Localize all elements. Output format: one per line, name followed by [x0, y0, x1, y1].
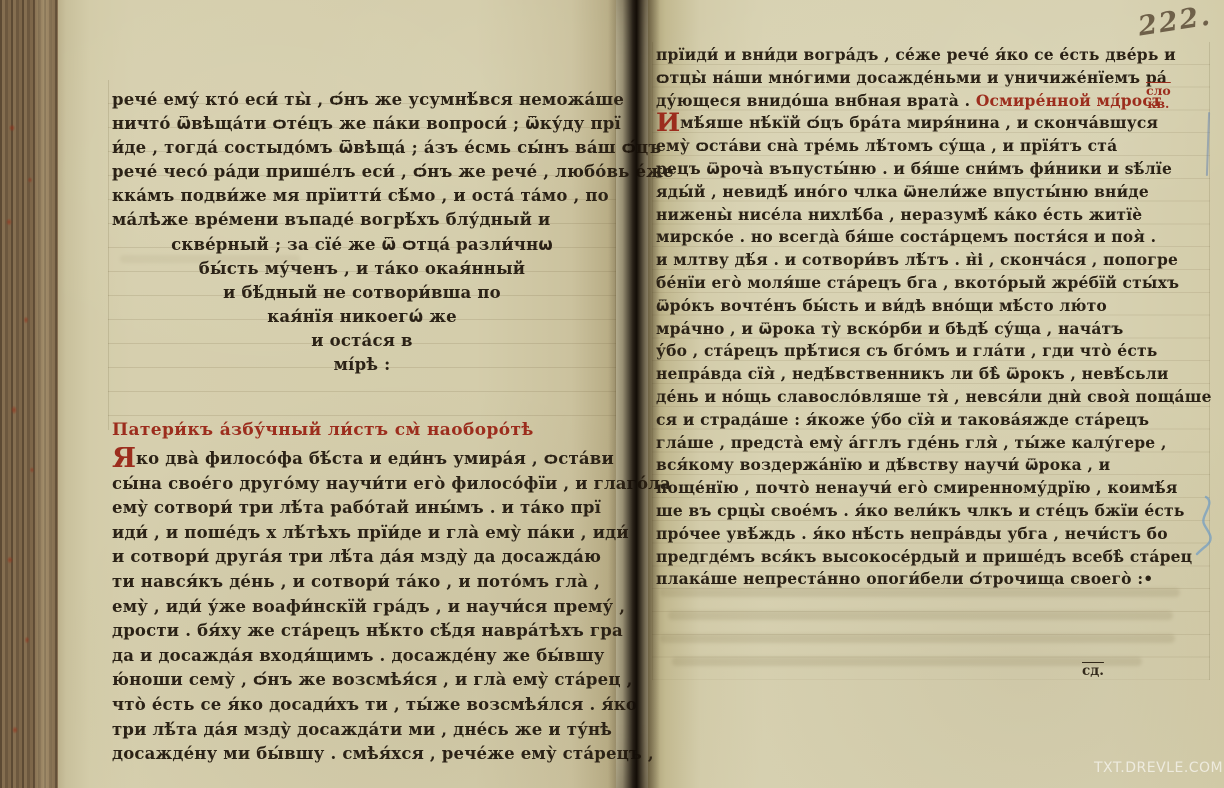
margin-note-bottom: кв. — [1146, 97, 1171, 110]
manuscript-line: прїиди́ и вни́ди вогра́дъ , се́же рече́ … — [656, 44, 1208, 67]
book-gutter-shadow — [608, 0, 660, 788]
manuscript-line: ѻтцы̀ на́ши мно́гими досажде́ньми и унич… — [656, 67, 1208, 90]
manuscript-line: и́де , тогда́ состыдо́мъ ѿвѣща́ ; а́зъ е… — [112, 136, 612, 160]
manuscript-line: и сотвори́ друга́я три лѣ́та да́я мзду̀ … — [112, 545, 618, 570]
manuscript-line: кка́мъ подви́же мя прїитти́ сѣ́мо , и ос… — [112, 184, 612, 208]
margin-note-word-number: сло кв. — [1146, 84, 1171, 110]
manuscript-line: ду́ющеся внидо́ша внбная врата̀ . Осмире… — [656, 90, 1208, 113]
chapter-heading-red: Патери́къ а́збу́чный ли́стъ см̀ наоборо́… — [112, 420, 612, 440]
book-page-edges — [0, 0, 58, 788]
blue-pen-squiggle — [1192, 494, 1218, 560]
manuscript-line: мирско́е . но всегда̀ бя́ше соста́рцемъ … — [656, 226, 1208, 249]
manuscript-line: рече́ чесо́ ра́ди прише́лъ еси́ , ѻ́нъ ж… — [112, 160, 612, 184]
manuscript-line: ему̀ , иди́ у́же воафи́нскїй гра́дъ , и … — [112, 595, 618, 620]
show-through-line — [668, 611, 1173, 620]
manuscript-line: ма́лѣже вре́мени въпаде́ вогрѣ́хъ блу́дн… — [112, 208, 612, 232]
manuscript-line: мі́рѣ : — [112, 353, 612, 377]
manuscript-line: мра́чно , и ѿрока ту̀ вско́рби и бѣдѣ́ с… — [656, 318, 1208, 341]
manuscript-line: досажде́ну ми бы́вшу . смѣя́хся , рече́ж… — [112, 742, 618, 767]
left-text-block-1: рече́ ему́ кто́ еси́ ты̀ , ѻ́нъ же усумн… — [112, 88, 612, 377]
quire-mark-text: сд. — [1082, 663, 1104, 679]
left-text-block-2: Яко два̀ филосо́фа бѣ́ста и еди́нъ умира… — [112, 447, 618, 767]
manuscript-line: сы́на свое́го друго́му научи́ти его̀ фил… — [112, 472, 618, 497]
manuscript-line: ѿро́къ вочте́нъ бы́сть и ви́дѣ вно́щи мѣ… — [656, 295, 1208, 318]
manuscript-line: ничто́ ѿвѣща́ти ѻте́цъ же па́ки вопроси́… — [112, 112, 612, 136]
manuscript-line: яды́й , невидѣ́ ино́го члка ѿнели́же впу… — [656, 181, 1208, 204]
manuscript-line: ю́ноши сему̀ , ѻ́нъ же возсмѣя́ся , и гл… — [112, 668, 618, 693]
manuscript-line: дрости . бя́ху же ста́рецъ нѣ́кто сѣ́дя … — [112, 619, 618, 644]
manuscript-line: что̀ е́сть се я́ко досади́хъ ти , ты́же … — [112, 693, 618, 718]
manuscript-line-text: ду́ющеся внидо́ша внбная врата̀ . — [656, 91, 976, 110]
manuscript-line: и бѣ́дный не сотвори́вша по — [112, 281, 612, 305]
manuscript-line: гла́ше , предста̀ ему̀ а́гглъ где́нь гля… — [656, 432, 1208, 455]
site-watermark: TXT.DREVLE.COM — [1094, 760, 1223, 776]
manuscript-line: де́нь и но́щь славосло́вляше тя̀ , невся… — [656, 386, 1208, 409]
manuscript-line: три лѣ́та да́я мзду̀ досажда́ти ми , дне… — [112, 718, 618, 743]
manuscript-line: нижены̀ нисе́ла нихлѣ́ба , неразумѣ́ ка́… — [656, 204, 1208, 227]
manuscript-line: у́бо , ста́рецъ прѣ́тися съ бго́мъ и гла… — [656, 340, 1208, 363]
manuscript-line: и млтву дѣ́я . и сотвори́въ лѣ́тъ . н̀і … — [656, 249, 1208, 272]
manuscript-line: рецъ ѿроча̀ въпусты́ню . и бя́ше сни́мъ … — [656, 158, 1208, 181]
manuscript-line: вся́кому воздержа́нїю и дѣ́вству научи́ … — [656, 454, 1208, 477]
manuscript-line: Имѣ́яше нѣ́кїй ѻ́цъ бра́та миря́нина , и… — [656, 112, 1208, 135]
manuscript-line: иди́ , и поше́дъ х лѣ́тѣхъ прїи́де и гла… — [112, 521, 618, 546]
rubric-inline-heading: Осмире́нной мд́рост — [976, 91, 1162, 110]
manuscript-line: и оста́ся в — [112, 329, 612, 353]
manuscript-line: бе́нїи его̀ моля́ше ста́рецъ бга , вкото… — [656, 272, 1208, 295]
manuscript-line: бы́сть му́ченъ , и та́ко окая́нный — [112, 257, 612, 281]
manuscript-line: ше въ срцы̀ свое́мъ . я́ко вели́къ члкъ … — [656, 500, 1208, 523]
manuscript-book-photo: рече́ ему́ кто́ еси́ ты̀ , ѻ́нъ же усумн… — [0, 0, 1224, 788]
rubric-initial: Я — [112, 442, 136, 474]
manuscript-line: да и досажда́я входя́щимъ . досажде́ну ж… — [112, 644, 618, 669]
manuscript-line: ему̀ ѻста́ви сна̀ тре́мь лѣ́томъ су́ща ,… — [656, 135, 1208, 158]
manuscript-line-text: мѣ́яше нѣ́кїй ѻ́цъ бра́та миря́нина , и … — [680, 113, 1158, 132]
show-through-line — [660, 634, 1175, 643]
manuscript-line: рече́ ему́ кто́ еси́ ты̀ , ѻ́нъ же усумн… — [112, 88, 612, 112]
quire-mark: сд. — [1082, 663, 1104, 679]
manuscript-line: ти нався́къ де́нь , и сотвори́ та́ко , и… — [112, 570, 618, 595]
manuscript-line: скве́рный ; за сїе́ же ѿ ѻтца́ разли́чнѡ — [112, 233, 612, 257]
show-through-line — [672, 657, 1142, 666]
manuscript-line: ему̀ сотвори́ три лѣ́та рабо́тай ины́мъ … — [112, 496, 618, 521]
manuscript-line: Яко два̀ филосо́фа бѣ́ста и еди́нъ умира… — [112, 447, 618, 472]
manuscript-line: кая́нїя никоегѡ́ же — [112, 305, 612, 329]
manuscript-line: предгде́мъ вся́къ высокосе́рдый и прише́… — [656, 546, 1208, 569]
manuscript-line: поще́нїю , почто̀ ненаучи́ его̀ смиренно… — [656, 477, 1208, 500]
manuscript-line-text: ко два̀ филосо́фа бѣ́ста и еди́нъ умира́… — [136, 449, 614, 468]
manuscript-line: непра́вда сїя̀ , недѣ́вственникъ ли бѣ̀ … — [656, 363, 1208, 386]
manuscript-line: ся и страда́ше : я́коже у́бо сїя̀ и тако… — [656, 409, 1208, 432]
manuscript-line: плака́ше непреста́нно опоги́бели ѻ́трочи… — [656, 568, 1208, 591]
manuscript-line: про́чее увѣ́ждь . я́ко нѣ́сть непра́вды … — [656, 523, 1208, 546]
right-text-block: прїиди́ и вни́ди вогра́дъ , се́же рече́ … — [656, 44, 1208, 591]
